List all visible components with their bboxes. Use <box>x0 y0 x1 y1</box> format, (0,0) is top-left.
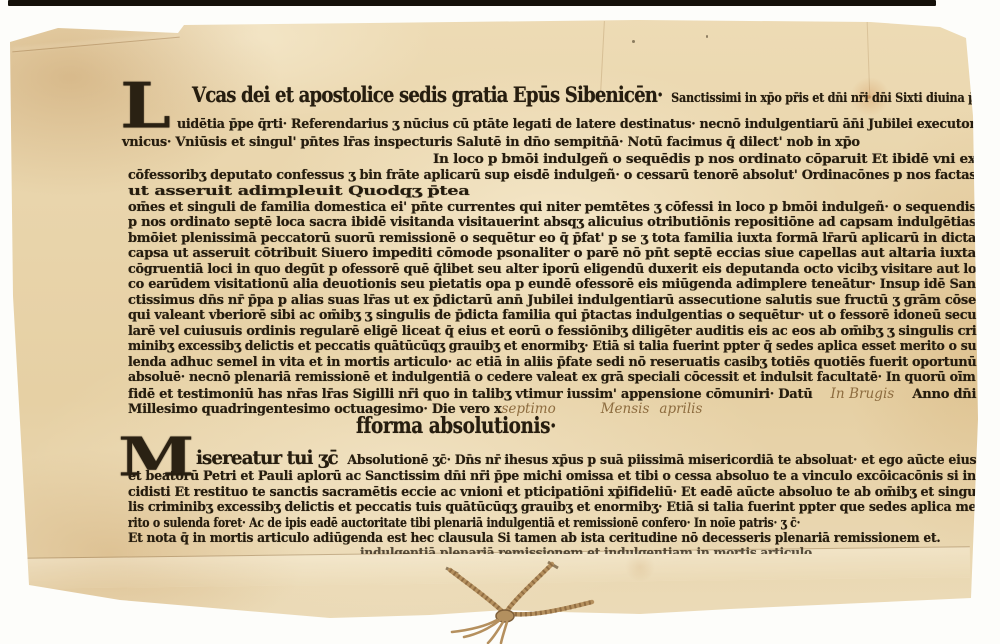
printed-line: absoluē· necnō plenariā remissionē et in… <box>128 370 975 385</box>
printed-line-absolution-first: isereatur tui ʒc̄Absolutionē ʒc̄· Dn̄s n… <box>196 447 976 469</box>
opening-small-text: Sanctissimi in xp̄o pr̄is et dn̄i nr̄i d… <box>671 91 976 106</box>
printed-line: bmōiet plenissimā peccatorū suorū remiss… <box>128 231 976 246</box>
printed-line: om̄es et singuli de familia domestica ei… <box>128 200 976 215</box>
dating-printed-end: Anno dn̄i <box>912 387 976 402</box>
scanner-edge-strip <box>8 0 936 6</box>
printed-line-opening: Vcas dei et apostolice sedis gratia Epūs… <box>192 82 976 107</box>
fold-crease <box>939 20 971 34</box>
ink-speck <box>706 35 708 38</box>
absolution-first-text: Absolutionē ʒc̄· Dn̄s nr̄ ihesus xp̄us p… <box>347 453 976 468</box>
printed-line: ut asseruit adimpleuit Quodqʒ p̄tea <box>128 184 469 199</box>
dating-printed-start: fidē et testimoniū has nr̄as lr̄as Sigil… <box>128 387 812 402</box>
printed-line: p nos ordinato septē loca sacra ibidē vi… <box>128 215 976 230</box>
handwritten-month-label: Mensis <box>601 401 650 417</box>
printed-line: cōgruentiā loci in quo degūt p ofessorē … <box>128 262 976 277</box>
printed-line: cidisti Et restituo te sanctis sacramēti… <box>128 485 976 500</box>
ink-speck <box>632 40 635 43</box>
handwritten-month-note: aprilis <box>659 401 702 417</box>
absolution-large-text: isereatur tui ʒc̄ <box>196 447 338 469</box>
handwritten-place-note: In Brugis <box>831 386 895 402</box>
printed-line: vnicus· Vniūsis et singul' pn̄tes lr̄as … <box>122 135 860 150</box>
scanned-document-photo: L Vcas dei et apostolice sedis gratia Ep… <box>0 0 1000 644</box>
printed-line: capsa ut asseruit cōtribuit Siuero imped… <box>128 246 976 261</box>
forma-absolutionis-heading: fforma absolutionis· <box>356 413 556 439</box>
opening-large-text: Vcas dei et apostolice sedis gratia Epūs… <box>192 82 663 107</box>
seal-cord <box>400 540 660 644</box>
printed-line: lenda adhuc semel in vita et in mortis a… <box>128 355 976 370</box>
drop-cap-initial-l: L <box>120 78 171 134</box>
printed-line: qui valeant vberiorē sibi ac om̄ibʒ ʒ si… <box>128 308 976 323</box>
printed-line: uidētia p̄pe q̄rti· Referendarius ʒ nūci… <box>177 117 976 132</box>
printed-line: minibʒ excessibʒ delictis et peccatis qu… <box>128 339 976 354</box>
printed-line: lis criminibʒ excessibʒ delictis et pecc… <box>128 500 976 515</box>
printed-line: ctissimus dn̄s nr̄ p̄pa p alias suas lr̄… <box>128 293 976 308</box>
printed-line: larē vel cuiusuis ordinis regularē eligē… <box>128 324 976 339</box>
printed-line: In loco p bmōi indulgeñ o sequēdis p nos… <box>433 152 976 167</box>
printed-line: rito o sulenda foret· Ac de ipis eadē au… <box>128 516 800 531</box>
printed-line: cōfessoribʒ deputato confessus ʒ bin frā… <box>128 168 976 183</box>
printed-line: co earūdem visitationū alia deuotionis s… <box>128 277 976 292</box>
printed-line: et beatorū Petri et Pauli aplorū ac Sanc… <box>128 469 976 484</box>
printed-line-dating: fidē et testimoniū has nr̄as lr̄as Sigil… <box>128 386 976 402</box>
fold-crease <box>12 37 179 53</box>
